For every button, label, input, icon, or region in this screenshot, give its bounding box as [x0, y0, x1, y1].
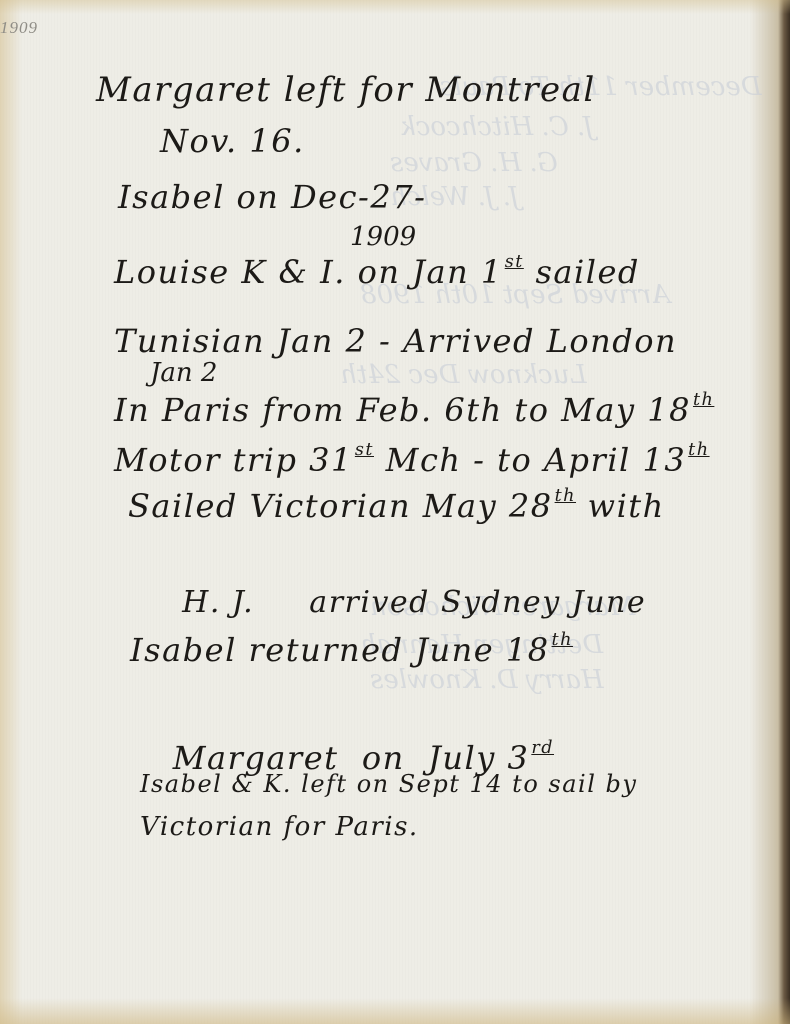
year-annotation: 1909 [350, 222, 416, 252]
ordinal-suffix: th [552, 630, 573, 650]
entry-line: Isabel on Dec-27- [118, 178, 426, 216]
entry-text-tail: sailed [524, 253, 640, 291]
date-annotation: Jan 2 [150, 358, 217, 388]
entry-line: In Paris from Feb. 6th to May 18th [114, 390, 714, 429]
entry-line: Sailed Victorian May 28th with [128, 486, 665, 525]
entry-text: Isabel returned June 18 [130, 631, 550, 669]
entry-text: Tunisian Jan 2 - Arrived London [114, 322, 677, 360]
entry-text: Isabel & K. left on Sept 14 to sail by [140, 770, 637, 798]
entry-text: H. J. arrived Sydney June [182, 585, 646, 620]
entry-text: Nov. 16. [160, 122, 305, 160]
entry-line: Tunisian Jan 2 - Arrived London [114, 322, 677, 360]
entry-line: Victorian for Paris. [140, 812, 419, 842]
entry-line: Nov. 16. [160, 122, 305, 160]
ordinal-suffix: st [505, 252, 524, 272]
entry-line: Isabel & K. left on Sept 14 to sail by [140, 770, 637, 798]
ordinal-suffix: th [555, 486, 576, 506]
margin-year-note: 1909 [0, 18, 38, 38]
ordinal-suffix: st [355, 440, 374, 460]
entry-text: Sailed Victorian May 28 [128, 487, 553, 525]
diary-page: December 11th To Pauls J. C. Hitchcock G… [0, 0, 790, 1024]
entry-line: Isabel returned June 18th [130, 630, 573, 669]
entry-text: Margaret left for Montreal [96, 70, 596, 110]
bleed-through-line: Lucknow Dec 24th [340, 360, 587, 390]
bleed-through-line: Harry D. Knowles [370, 665, 604, 695]
entry-line: Motor trip 31st Mch - to April 13th [114, 440, 710, 479]
ordinal-suffix: th [693, 390, 714, 410]
entry-line: Louise K & I. on Jan 1st sailed [114, 252, 640, 291]
bleed-through-line: G. H. Graves [390, 148, 558, 178]
entry-line: Margaret left for Montreal [96, 70, 596, 110]
entry-text: Victorian for Paris. [140, 812, 419, 842]
entry-text: Louise K & I. on Jan 1 [114, 253, 503, 291]
entry-text: Isabel on Dec-27- [118, 178, 426, 216]
entry-text-tail: Mch - to April 13 [374, 441, 686, 479]
ordinal-suffix: rd [531, 738, 554, 758]
bleed-through-line: J. C. Hitchcock [400, 112, 594, 142]
entry-text: Motor trip 31 [114, 441, 353, 479]
entry-text-tail: with [576, 487, 665, 525]
ordinal-suffix: th [688, 440, 709, 460]
entry-text: In Paris from Feb. 6th to May 18 [114, 391, 691, 429]
